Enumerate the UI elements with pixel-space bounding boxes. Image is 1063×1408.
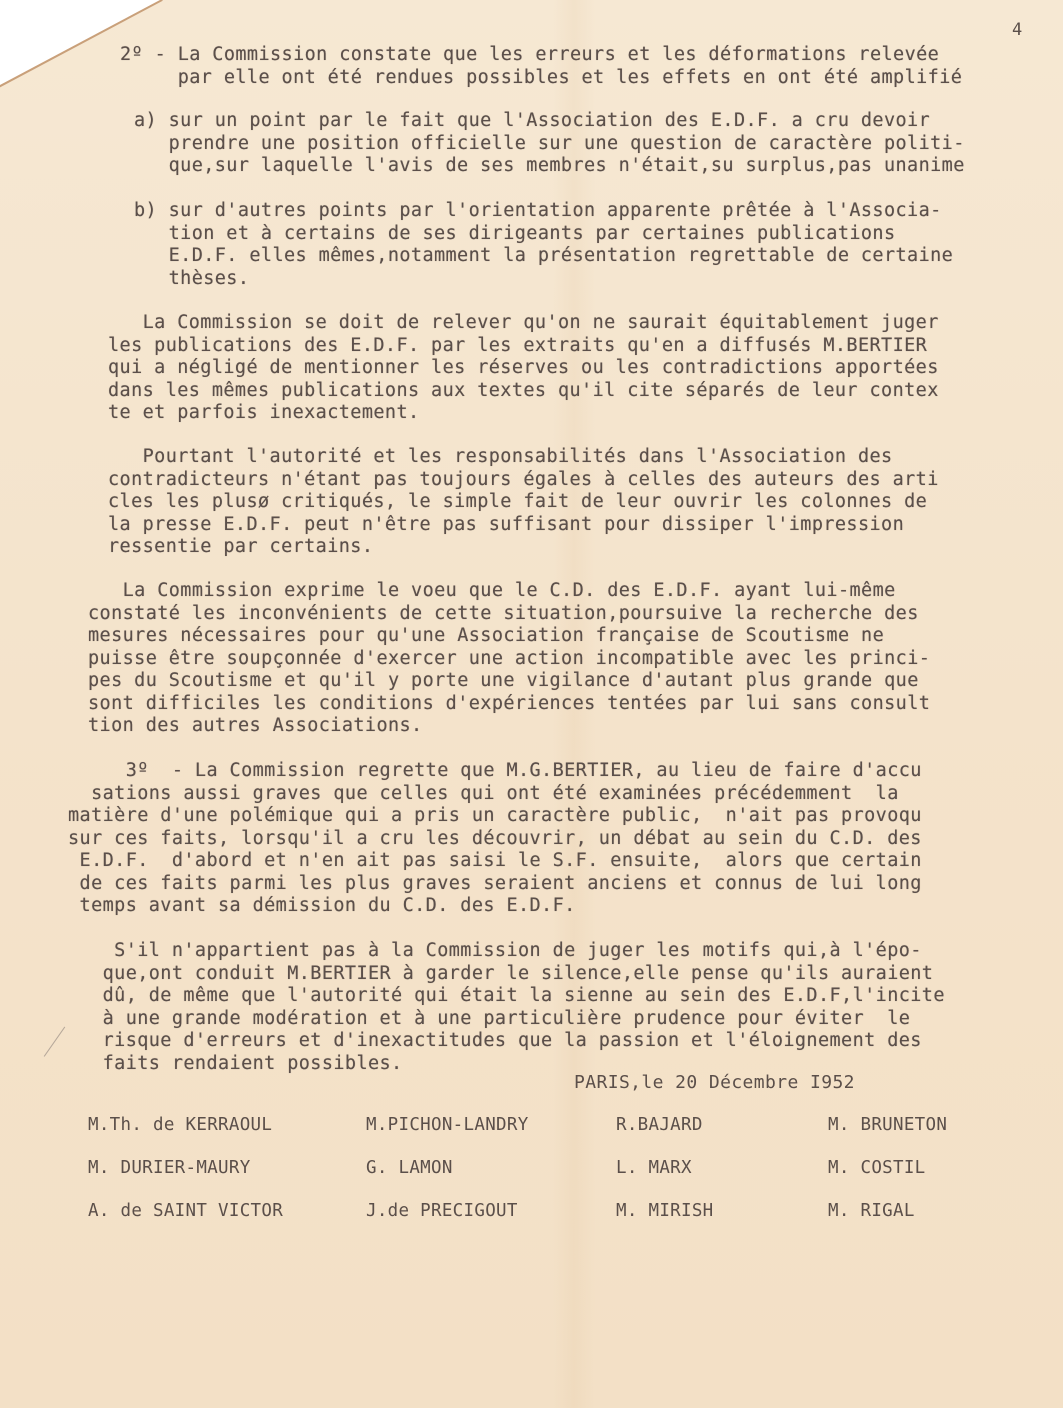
text-line: que,ont conduit M.BERTIER à garder le si… — [68, 963, 945, 986]
paragraph-paragraph-voeu: La Commission exprime le voeu que le C.D… — [88, 580, 930, 738]
signatory-row: A. de SAINT VICTOR J.de PRECIGOUT M. MIR… — [88, 1201, 988, 1244]
text-line: risque d'erreurs et d'inexactitudes que … — [68, 1030, 945, 1053]
date-line: PARIS,le 20 Décembre I952 — [574, 1072, 855, 1093]
text-line: prendre une position officielle sur une … — [134, 133, 965, 156]
text-line: à une grande modération et à une particu… — [68, 1008, 945, 1031]
text-line: dans les mêmes publications aux textes q… — [108, 380, 939, 403]
signatory-name: J.de PRECIGOUT — [366, 1201, 518, 1221]
paragraph-point-2b: b) sur d'autres points par l'orientation… — [134, 200, 953, 290]
paragraph-paragraph-autorite: Pourtant l'autorité et les responsabilit… — [108, 446, 939, 559]
text-line: mesures nécessaires pour qu'une Associat… — [88, 625, 930, 648]
paragraph-point-3: 3º - La Commission regrette que M.G.BERT… — [68, 760, 922, 918]
text-line: te et parfois inexactement. — [108, 402, 939, 425]
text-line: thèses. — [134, 268, 953, 291]
text-line: les publications des E.D.F. par les extr… — [108, 335, 939, 358]
signatory-name: M.Th. de KERRAOUL — [88, 1115, 272, 1135]
signatory-name: M.PICHON-LANDRY — [366, 1115, 529, 1135]
text-line: sont difficiles les conditions d'expérie… — [88, 693, 930, 716]
text-line: 3º - La Commission regrette que M.G.BERT… — [68, 760, 922, 783]
text-line: ressentie par certains. — [108, 536, 939, 559]
text-line: a) sur un point par le fait que l'Associ… — [134, 110, 965, 133]
text-line: 2º - La Commission constate que les erre… — [120, 44, 962, 67]
signatory-row: M.Th. de KERRAOUL M.PICHON-LANDRY R.BAJA… — [88, 1115, 988, 1158]
signatory-name: R.BAJARD — [616, 1115, 703, 1135]
signatory-name: M. MIRISH — [616, 1201, 714, 1221]
text-line: constaté les inconvénients de cette situ… — [88, 603, 930, 626]
signatory-name: M. COSTIL — [828, 1158, 926, 1178]
text-line: sations aussi graves que celles qui ont … — [68, 783, 922, 806]
text-line: la presse E.D.F. peut n'être pas suffisa… — [108, 514, 939, 537]
signatory-name: G. LAMON — [366, 1158, 453, 1178]
text-line: La Commission se doit de relever qu'on n… — [108, 312, 939, 335]
signatory-name: L. MARX — [616, 1158, 692, 1178]
signatory-row: M. DURIER-MAURY G. LAMON L. MARX M. COST… — [88, 1158, 988, 1201]
text-line: dû, de même que l'autorité qui était la … — [68, 985, 945, 1008]
text-line: pes du Scoutisme et qu'il y porte une vi… — [88, 670, 930, 693]
signatory-name: A. de SAINT VICTOR — [88, 1201, 283, 1221]
text-line: qui a négligé de mentionner les réserves… — [108, 357, 939, 380]
text-line: S'il n'appartient pas à la Commission de… — [68, 940, 945, 963]
typewritten-page: 4 2º - La Commission constate que les er… — [0, 0, 1063, 1408]
text-line: cles les plusø critiqués, le simple fait… — [108, 491, 939, 514]
paragraph-paragraph-motifs: S'il n'appartient pas à la Commission de… — [68, 940, 945, 1075]
text-line: tion des autres Associations. — [88, 715, 930, 738]
text-line: b) sur d'autres points par l'orientation… — [134, 200, 953, 223]
page-number: 4 — [1012, 20, 1022, 40]
text-line: temps avant sa démission du C.D. des E.D… — [68, 895, 922, 918]
text-line: que,sur laquelle l'avis de ses membres n… — [134, 155, 965, 178]
text-line: E.D.F. d'abord et n'en ait pas saisi le … — [68, 850, 922, 873]
text-line: puisse être soupçonnée d'exercer une act… — [88, 648, 930, 671]
text-line: Pourtant l'autorité et les responsabilit… — [108, 446, 939, 469]
paragraph-point-2: 2º - La Commission constate que les erre… — [120, 44, 962, 89]
signatory-name: M. DURIER-MAURY — [88, 1158, 251, 1178]
signatories-grid: M.Th. de KERRAOUL M.PICHON-LANDRY R.BAJA… — [88, 1115, 988, 1244]
paragraph-point-2a: a) sur un point par le fait que l'Associ… — [134, 110, 965, 178]
text-line: de ces faits parmi les plus graves serai… — [68, 873, 922, 896]
text-line: tion et à certains de ses dirigeants par… — [134, 223, 953, 246]
text-line: E.D.F. elles mêmes,notamment la présenta… — [134, 245, 953, 268]
signatory-name: M. RIGAL — [828, 1201, 915, 1221]
text-line: sur ces faits, lorsqu'il a cru les décou… — [68, 828, 922, 851]
text-line: contradicteurs n'étant pas toujours égal… — [108, 469, 939, 492]
text-line: par elle ont été rendues possibles et le… — [120, 67, 962, 90]
text-line: La Commission exprime le voeu que le C.D… — [88, 580, 930, 603]
text-line: matière d'une polémique qui a pris un ca… — [68, 805, 922, 828]
signatory-name: M. BRUNETON — [828, 1115, 947, 1135]
paragraph-paragraph-publications: La Commission se doit de relever qu'on n… — [108, 312, 939, 425]
